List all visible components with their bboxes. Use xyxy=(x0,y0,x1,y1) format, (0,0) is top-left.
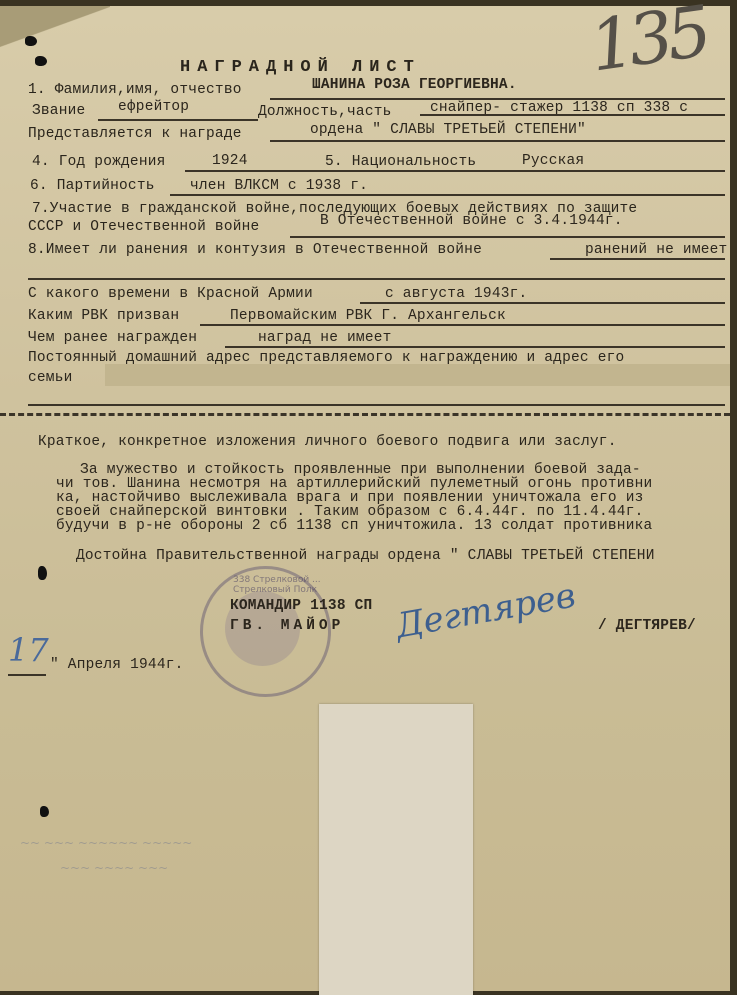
handwritten-file-number: 135 xyxy=(585,0,711,88)
name-label: 1. Фамилия,имя, отчество xyxy=(28,82,242,98)
punch-hole xyxy=(40,806,49,817)
rule xyxy=(550,258,725,260)
drafted-value: Первомайским РВК Г. Архангельск xyxy=(230,308,506,324)
rule xyxy=(270,140,725,142)
army-since-value: с августа 1943г. xyxy=(385,286,527,302)
rule xyxy=(225,346,725,348)
birth-year-value: 1924 xyxy=(212,153,248,169)
participation-value: В Отечественной войне с 3.4.1944г. xyxy=(320,213,623,229)
rule xyxy=(200,324,725,326)
name-value: ШАНИНА РОЗА ГЕОРГИЕВНА. xyxy=(312,77,517,93)
nominated-value: ордена " СЛАВЫ ТРЕТЬЕЙ СТЕПЕНИ" xyxy=(310,122,586,138)
wounds-label: 8.Имеет ли ранения и контузия в Отечеств… xyxy=(28,242,482,258)
summary-line: будучи в р-не обороны 2 сб 1138 сп уничт… xyxy=(56,518,652,534)
rule xyxy=(8,674,46,676)
redacted-address xyxy=(105,364,730,386)
prior-awards-label: Чем ранее награжден xyxy=(28,330,197,346)
address-label-2: семьи xyxy=(28,370,73,386)
rule xyxy=(170,194,725,196)
punch-hole xyxy=(35,56,47,66)
rule xyxy=(360,302,725,304)
drafted-label: Каким РВК призван xyxy=(28,308,179,324)
commander-title: КОМАНДИР 1138 СП xyxy=(230,598,372,614)
punch-hole xyxy=(25,36,37,46)
rule xyxy=(420,114,725,116)
paper-strip-cover xyxy=(319,704,473,995)
handwritten-signature: Дегтярев xyxy=(393,576,579,647)
rank-value: ефрейтор xyxy=(118,99,189,115)
rule xyxy=(28,404,725,406)
rule xyxy=(98,119,258,121)
nationality-value: Русская xyxy=(522,153,584,169)
bleed-through-text: ~~~ ~~~~ ~~~ xyxy=(60,861,168,875)
party-label: 6. Партийность xyxy=(30,178,155,194)
wounds-value: ранений не имеет xyxy=(585,242,727,258)
separator-dashed xyxy=(0,413,730,416)
nominated-label: Представляется к награде xyxy=(28,126,242,142)
handwritten-date-day: 17 xyxy=(8,631,49,669)
conclusion: Достойна Правительственной награды орден… xyxy=(76,548,655,564)
stamp-text: 338 Стрелковой ... Стрелковый Полк xyxy=(233,575,328,595)
document-title: НАГРАДНОЙ ЛИСТ xyxy=(180,60,421,76)
nationality-label: 5. Национальность xyxy=(325,154,476,170)
date-month-year: " Апреля 1944г. xyxy=(50,657,184,673)
award-sheet-page: 135 НАГРАДНОЙ ЛИСТ 1. Фамилия,имя, отчес… xyxy=(0,6,730,991)
summary-heading: Краткое, конкретное изложения личного бо… xyxy=(38,434,617,450)
rank-label: Звание xyxy=(32,103,85,119)
participation-label-2: СССР и Отечественной войне xyxy=(28,219,259,235)
rule xyxy=(185,170,725,172)
commander-name: / ДЕГТЯРЕВ/ xyxy=(598,618,696,634)
commander-rank: ГВ. МАЙОР xyxy=(230,618,344,634)
rule xyxy=(28,278,725,280)
bleed-through-text: ~~ ~~~ ~~~~~~ ~~~~~ xyxy=(20,836,192,850)
prior-awards-value: наград не имеет xyxy=(258,330,392,346)
punch-hole xyxy=(38,566,47,580)
rule xyxy=(290,236,725,238)
position-label: Должность,часть xyxy=(258,104,392,120)
birth-year-label: 4. Год рождения xyxy=(32,154,166,170)
army-since-label: С какого времени в Красной Армии xyxy=(28,286,313,302)
party-value: член ВЛКСМ с 1938 г. xyxy=(190,178,368,194)
